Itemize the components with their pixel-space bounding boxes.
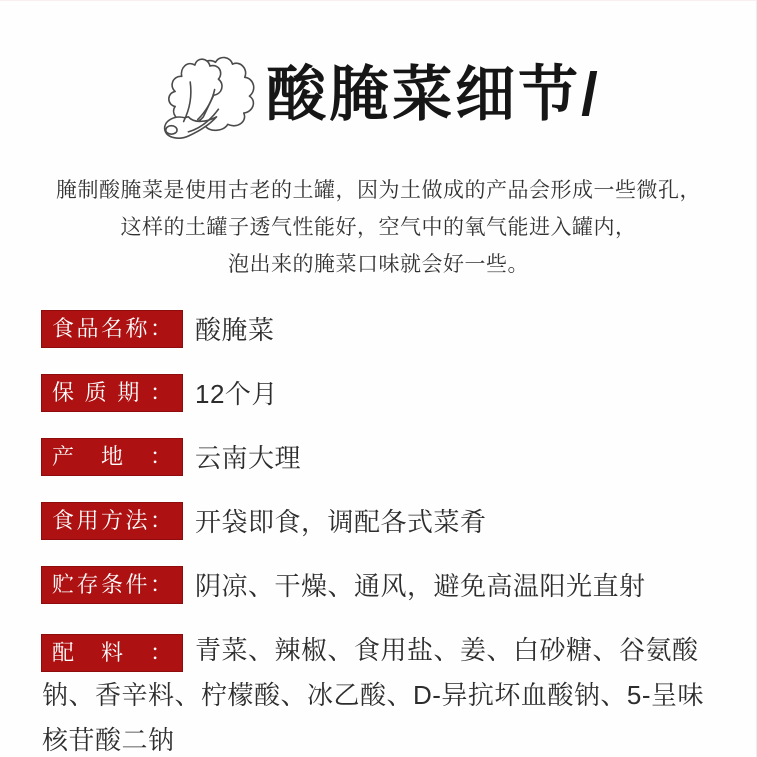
label-badge-food-name: 食品名称： (42, 311, 182, 347)
label-badge-origin: 产地： (42, 439, 182, 475)
value-origin: 云南大理 (195, 438, 301, 475)
value-storage: 阴凉、干燥、通风，避免高温阳光直射 (195, 566, 646, 603)
value-shelf-life: 12个月 (195, 374, 278, 411)
label-badge-ingredients: 配料： (42, 635, 182, 671)
detail-row-ingredients: 配料：青菜、辣椒、食用盐、姜、白砂糖、谷氨酸钠、香辛料、柠檬酸、冰乙酸、D-异抗… (42, 630, 727, 757)
product-detail-page: 酸腌菜细节/ 腌制酸腌菜是使用古老的土罐，因为土做成的产品会形成一些微孔， 这样… (0, 1, 757, 757)
intro-line-3: 泡出来的腌菜口味就会好一些。 (0, 246, 757, 283)
value-usage: 开袋即食，调配各式菜肴 (195, 502, 487, 539)
intro-line-2: 这样的土罐子透气性能好，空气中的氧气能进入罐内， (0, 209, 757, 246)
header: 酸腌菜细节/ (0, 1, 757, 145)
product-details: 食品名称： 酸腌菜 保质期： 12个月 产地： 云南大理 食用方法： 开袋即食，… (0, 283, 757, 757)
detail-row-food-name: 食品名称： 酸腌菜 (42, 310, 727, 347)
detail-row-usage: 食用方法： 开袋即食，调配各式菜肴 (42, 502, 727, 539)
value-food-name: 酸腌菜 (195, 310, 275, 347)
label-badge-usage: 食用方法： (42, 503, 182, 539)
page-title: 酸腌菜细节/ (266, 65, 601, 125)
label-badge-shelf-life: 保质期： (42, 375, 182, 411)
label-badge-storage: 贮存条件： (42, 567, 182, 603)
detail-row-shelf-life: 保质期： 12个月 (42, 374, 727, 411)
intro-line-1: 腌制酸腌菜是使用古老的土罐，因为土做成的产品会形成一些微孔， (0, 172, 757, 209)
detail-row-origin: 产地： 云南大理 (42, 438, 727, 475)
detail-row-storage: 贮存条件： 阴凉、干燥、通风，避免高温阳光直射 (42, 566, 727, 603)
intro-paragraph: 腌制酸腌菜是使用古老的土罐，因为土做成的产品会形成一些微孔， 这样的土罐子透气性… (0, 172, 757, 283)
cabbage-icon (156, 51, 262, 145)
